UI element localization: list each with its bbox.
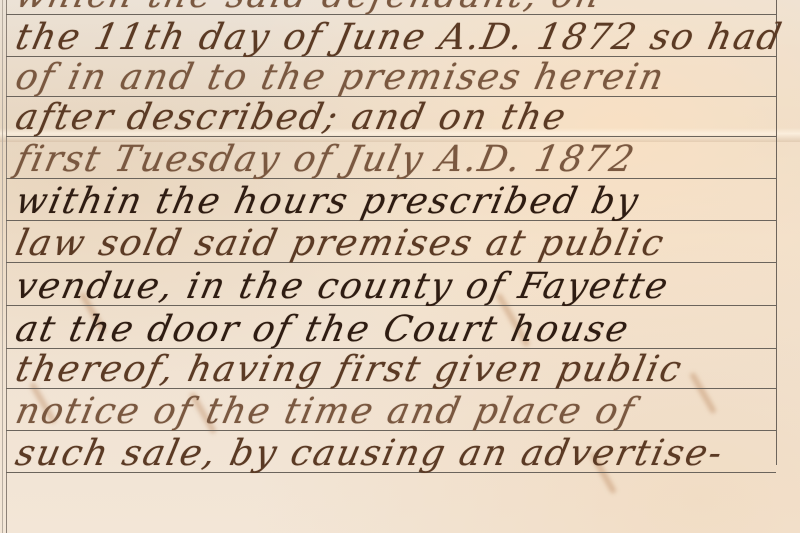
handwritten-line-2: the 11th day of June A.D. 1872 so had <box>12 18 791 58</box>
handwritten-line-7: law sold said premises at public <box>12 224 791 264</box>
handwritten-line-8: vendue, in the county of Fayette <box>12 267 791 307</box>
left-margin-rule <box>6 0 7 533</box>
handwritten-line-11: notice of the time and place of <box>12 392 791 432</box>
handwritten-line-10: thereof, having first given public <box>12 350 791 390</box>
handwritten-line-6: within the hours prescribed by <box>12 182 791 222</box>
handwritten-line-3: of in and to the premises herein <box>12 58 791 98</box>
handwritten-line-4: after described; and on the <box>12 98 791 138</box>
handwritten-line-9: at the door of the Court house <box>12 310 791 350</box>
handwritten-line-1: which the said defendant, on <box>12 0 791 16</box>
handwritten-line-12: such sale, by causing an advertise- <box>12 434 791 474</box>
ledger-page: which the said defendant, on the 11th da… <box>0 0 800 533</box>
handwritten-line-5: first Tuesday of July A.D. 1872 <box>12 140 791 180</box>
left-margin-rule <box>2 0 3 533</box>
